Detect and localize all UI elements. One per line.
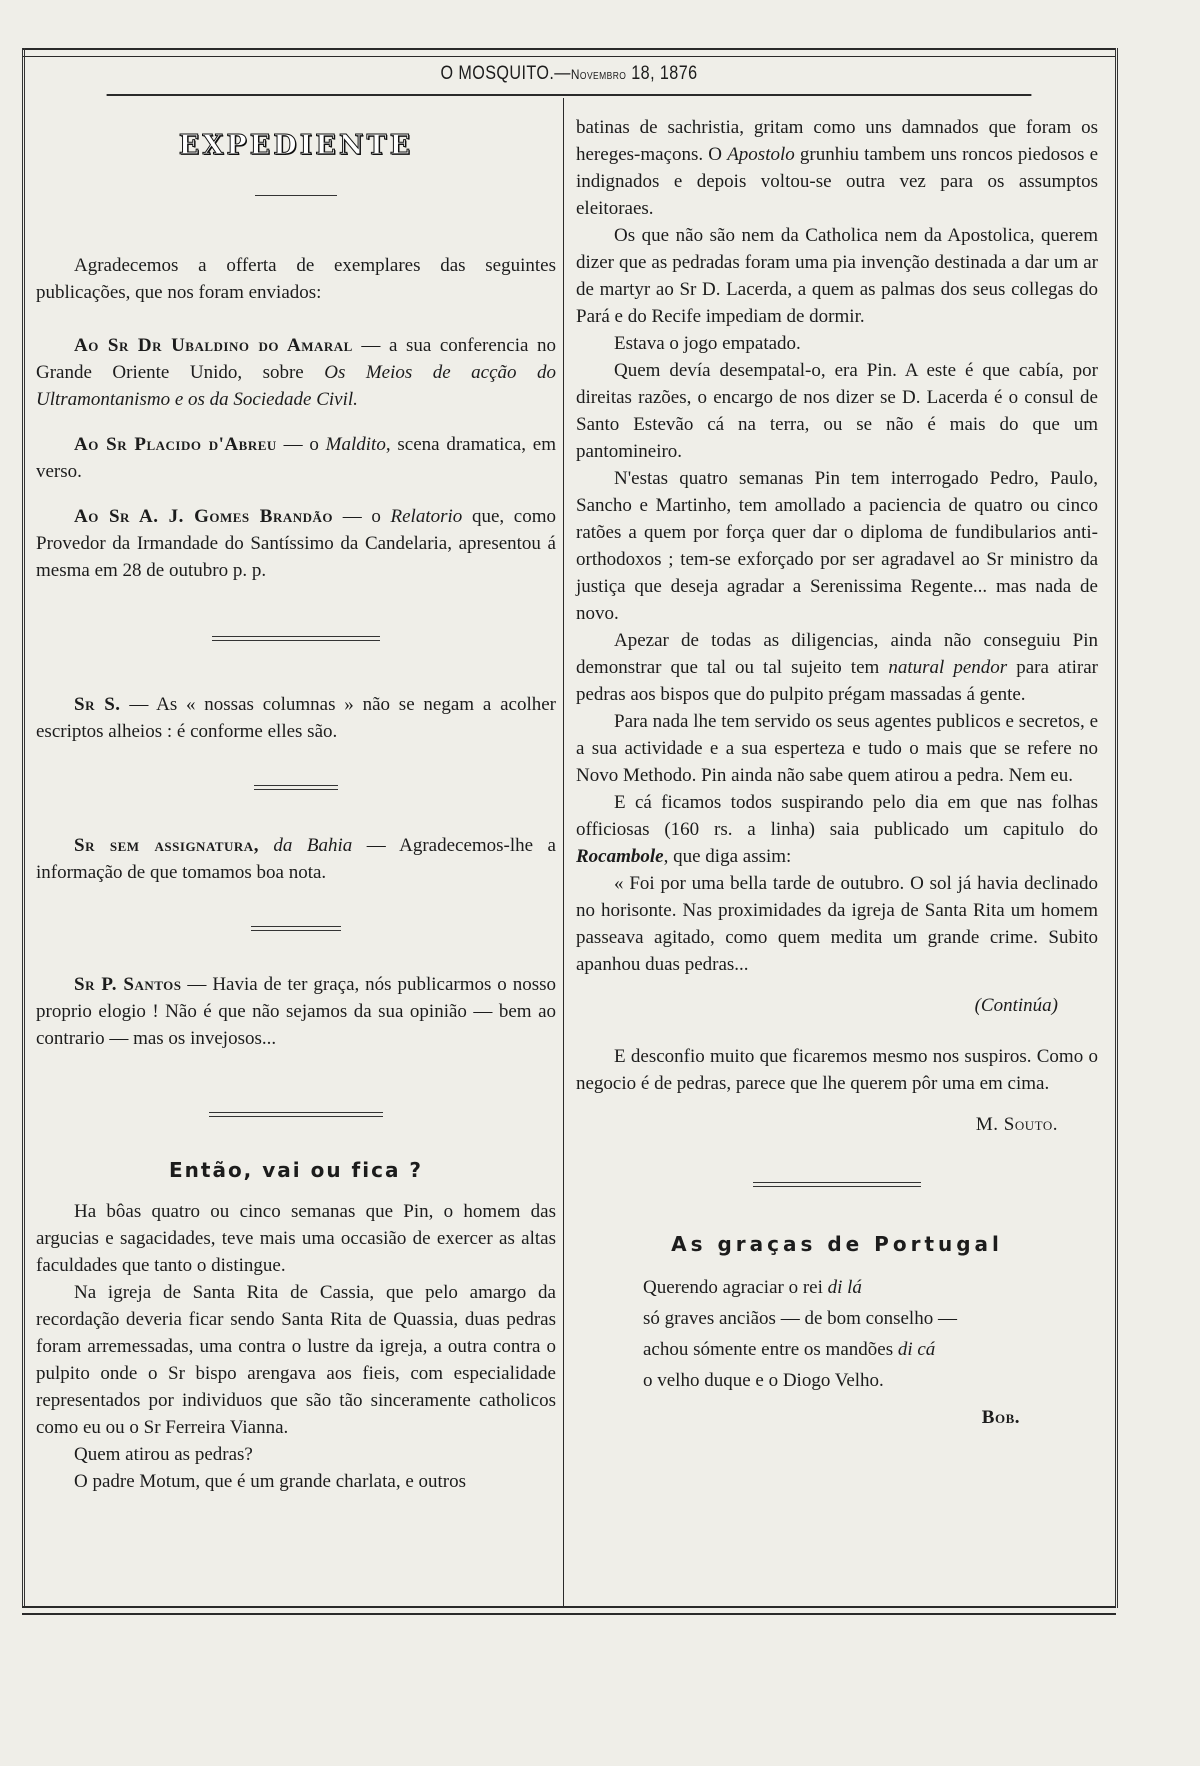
poem-line: Querendo agraciar o rei di lá — [643, 1274, 1098, 1301]
article-paragraph: Os que não são nem da Catholica nem da A… — [576, 222, 1098, 330]
article-paragraph: Para nada lhe tem servido os seus agente… — [576, 708, 1098, 789]
author-signature: M. Souto. — [576, 1111, 1098, 1138]
article-paragraph: Quem devía desempatal-o, era Pin. A este… — [576, 357, 1098, 465]
article-paragraph: Estava o jogo empatado. — [576, 330, 1098, 357]
acknowledgement-item: Ao Sr Placido d'Abreu — o Maldito, scena… — [36, 431, 556, 485]
bottom-border-rule — [22, 1606, 1116, 1615]
double-rule-divider — [753, 1182, 921, 1187]
masthead-month: Novembro — [571, 66, 626, 82]
continua-note: (Continúa) — [576, 992, 1098, 1019]
double-rule-divider — [212, 636, 380, 641]
article-paragraph: Quem atirou as pedras? — [36, 1441, 556, 1468]
masthead-date: 18, 1876 — [631, 63, 697, 84]
poem-title: As graças de Portugal — [576, 1231, 1098, 1258]
reply-item: Sr S. — As « nossas columnas » não se ne… — [36, 691, 556, 745]
expediente-intro: Agradecemos a offerta de exemplares das … — [36, 252, 556, 306]
double-rule-divider — [251, 926, 341, 931]
article-paragraph: O padre Motum, que é um grande charlata,… — [36, 1468, 556, 1495]
masthead: O MOSQUITO.—Novembro 18, 1876 — [107, 56, 1032, 96]
double-rule-divider — [209, 1112, 383, 1117]
poem-signature: Bob. — [576, 1404, 1098, 1431]
poem-line: o velho duque e o Diogo Velho. — [643, 1367, 1098, 1394]
article-paragraph: Na igreja de Santa Rita de Cassia, que p… — [36, 1279, 556, 1441]
left-column: EXPEDIENTE Agradecemos a offerta de exem… — [36, 100, 556, 1495]
article-paragraph: batinas de sachristia, gritam como uns d… — [576, 114, 1098, 222]
right-column: batinas de sachristia, gritam como uns d… — [576, 100, 1098, 1431]
article-paragraph: N'estas quatro semanas Pin tem interroga… — [576, 465, 1098, 627]
article-paragraph: Ha bôas quatro ou cinco semanas que Pin,… — [36, 1198, 556, 1279]
newspaper-title: O MOSQUITO.— — [440, 63, 570, 84]
divider-rule — [255, 195, 337, 196]
article-paragraph: E cá ficamos todos suspirando pelo dia e… — [576, 789, 1098, 870]
article-paragraph: Apezar de todas as diligencias, ainda nã… — [576, 627, 1098, 708]
double-rule-divider — [254, 785, 338, 790]
acknowledgement-item: Ao Sr Dr Ubaldino do Amaral — a sua conf… — [36, 332, 556, 413]
poem-body: Querendo agraciar o rei di lá só graves … — [576, 1274, 1098, 1394]
article-paragraph: E desconfio muito que ficaremos mesmo no… — [576, 1043, 1098, 1097]
poem-line: só graves anciãos — de bom conselho — — [643, 1305, 1098, 1332]
article-title: Então, vai ou fica ? — [36, 1157, 556, 1184]
poem-line: achou sómente entre os mandões di cá — [643, 1336, 1098, 1363]
reply-item: Sr sem assignatura, da Bahia — Agradecem… — [36, 832, 556, 886]
column-divider — [563, 98, 564, 1606]
reply-item: Sr P. Santos — Havia de ter graça, nós p… — [36, 971, 556, 1052]
section-title-expediente: EXPEDIENTE — [36, 132, 556, 159]
article-quote: « Foi por uma bella tarde de outubro. O … — [576, 870, 1098, 978]
acknowledgement-item: Ao Sr A. J. Gomes Brandão — o Relatorio … — [36, 503, 556, 584]
